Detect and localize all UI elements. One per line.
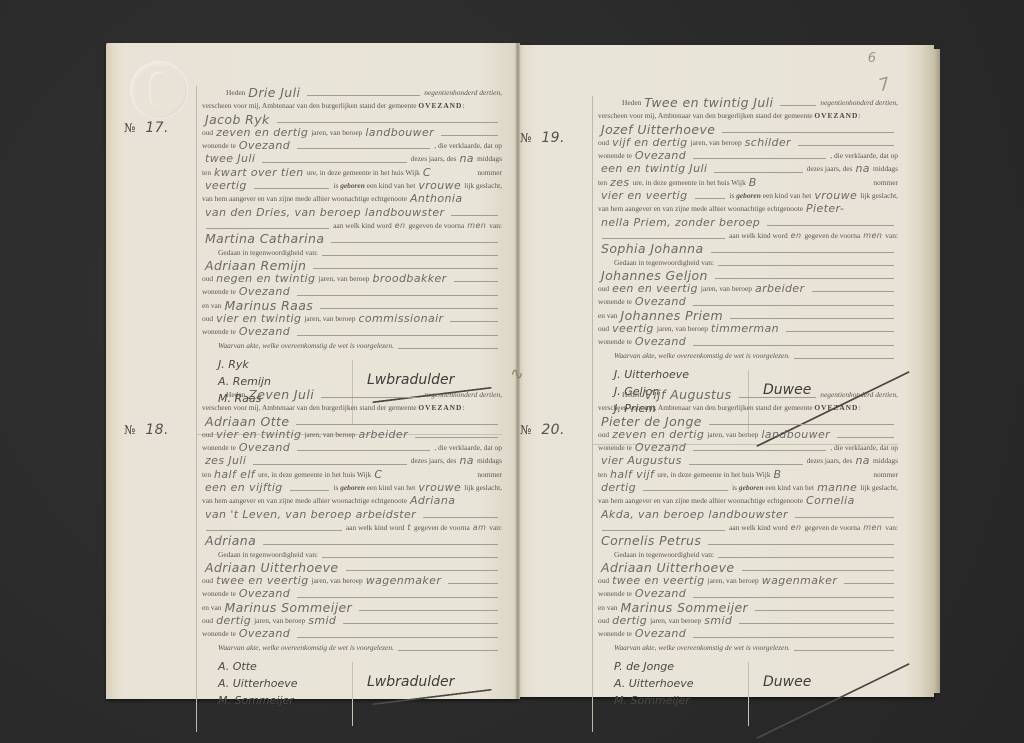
child-sex: manne [814, 481, 860, 494]
birth-hour: zes [607, 176, 632, 189]
declarant-age: zeven en dertig [609, 428, 707, 441]
mother-name-1: Anthonia [407, 192, 465, 205]
record-date: Zeven Juli [245, 388, 317, 401]
record-date: Drie Juli [245, 86, 303, 99]
witness1-age: negen en twintig [213, 272, 318, 285]
child-names: Sophia Johanna [598, 242, 707, 255]
witness1-residence: Ovezand [632, 587, 689, 600]
wijk: B [746, 176, 760, 189]
date-line: Heden Twee en twintig Juli negentienhond… [598, 96, 898, 109]
witness-signatures: P. de Jonge A. Uitterhoeve M. Sommeijer [614, 658, 694, 709]
witness2-age: veertig [609, 322, 657, 335]
mother-name-2: nella Priem, zonder beroep [598, 216, 763, 229]
declarant-profession: landbouwer [758, 428, 833, 441]
witness2-profession: smid [305, 614, 339, 627]
margin-rule [196, 388, 197, 732]
birth-date: een en twintig Juli [598, 162, 710, 175]
municipality: OVEZAND [418, 99, 462, 112]
mother-name-1: Adriana [407, 494, 458, 507]
witness1-profession: wagenmaker [363, 574, 445, 587]
municipality: OVEZAND [814, 401, 858, 414]
child-sex: vrouwe [811, 189, 860, 202]
folio-sub-number: 7 [877, 74, 893, 96]
child-names: Martina Catharina [202, 232, 327, 245]
witness2-name: Marinus Raas [222, 299, 317, 312]
embossed-seal-icon [130, 61, 188, 119]
child-names: Cornelis Petrus [598, 534, 704, 547]
witness2-age: dertig [213, 614, 254, 627]
declarant-name: Pieter de Jonge [598, 415, 705, 428]
witness2-profession: smid [701, 614, 735, 627]
signatures: P. de Jonge A. Uitterhoeve M. Sommeijer … [598, 656, 898, 732]
wijk: C [420, 166, 434, 179]
house-number: een en vijftig [202, 481, 286, 494]
declarant-profession: schilder [742, 136, 794, 149]
time-of-day: na [456, 454, 477, 467]
record-date: Vijf Augustus [641, 388, 734, 401]
declarant-residence: Ovezand [632, 149, 689, 162]
witness1-residence: Ovezand [236, 587, 293, 600]
witness1-profession: arbeider [752, 282, 808, 295]
witness1-name: Adriaan Uitterhoeve [202, 561, 342, 574]
wijk: C [371, 468, 385, 481]
witness1-name: Adriaan Uitterhoeve [598, 561, 738, 574]
margin-rule [592, 388, 593, 732]
declarant-age: vijf en dertig [609, 136, 690, 149]
declarant-name: Adriaan Otte [202, 415, 292, 428]
birth-record-entry: №20. Heden Vijf Augustus negentienhonder… [598, 388, 898, 732]
witness2-residence: Ovezand [632, 335, 689, 348]
time-of-day: na [852, 454, 873, 467]
witness2-residence: Ovezand [236, 627, 293, 640]
birth-date: zes Juli [202, 454, 249, 467]
birth-date: twee Juli [202, 152, 258, 165]
municipality: OVEZAND [814, 109, 858, 122]
declarant-residence: Ovezand [236, 441, 293, 454]
time-of-day: na [456, 152, 477, 165]
birth-hour: kwart over tien [211, 166, 307, 179]
declarant-profession: landbouwer [362, 126, 437, 139]
official-signature: Lwbradulder [367, 372, 454, 388]
witness2-profession: commissionair [355, 312, 446, 325]
birth-date: vier Augustus [598, 454, 685, 467]
declarant-age: zeven en dertig [213, 126, 311, 139]
declarant-profession: arbeider [355, 428, 411, 441]
house-number: vier en veertig [598, 189, 691, 202]
wijk: B [771, 468, 785, 481]
declarant-name: Jozef Uitterhoeve [598, 123, 718, 136]
official-signature: Duwee [763, 674, 811, 690]
house-number: dertig [598, 481, 639, 494]
record-number: №20. [520, 422, 568, 438]
record-number: №19. [520, 130, 568, 146]
witness2-residence: Ovezand [632, 627, 689, 640]
witness2-name: Marinus Sommeijer [222, 601, 356, 614]
witness1-residence: Ovezand [236, 285, 293, 298]
record-number: №17. [124, 120, 172, 136]
mother-name-2: van 't Leven, van beroep arbeidster [202, 508, 419, 521]
witness1-profession: broodbakker [369, 272, 449, 285]
declarant-residence: Ovezand [632, 441, 689, 454]
mother-name-1: Cornelia [803, 494, 858, 507]
signature-flourish [372, 689, 491, 706]
mother-name-1: Pieter- [803, 202, 847, 215]
folio-number: 6 [868, 51, 876, 66]
child-sex: vrouwe [415, 481, 464, 494]
child-names: Adriana [202, 534, 259, 547]
record-number: №18. [124, 422, 172, 438]
declarant-age: vier en twintig [213, 428, 304, 441]
binding-thread-icon: ∿ [510, 365, 524, 385]
birth-record-entry: №18. Heden Zeven Juli negentienhonderd d… [202, 388, 502, 732]
mother-name-2: van den Dries, van beroep landbouwster [202, 206, 447, 219]
signatures: A. Otte A. Uitterhoeve M. Sommeijer Lwbr… [202, 656, 502, 732]
official-signature: Lwbradulder [367, 674, 454, 690]
witness2-age: vier en twintig [213, 312, 304, 325]
birth-hour: half elf [211, 468, 258, 481]
witness2-profession: timmerman [708, 322, 782, 335]
mother-name-2: Akda, van beroep landbouwster [598, 508, 791, 521]
witness-signatures: A. Otte A. Uitterhoeve M. Sommeijer [218, 658, 298, 709]
witness2-name: Marinus Sommeijer [618, 601, 752, 614]
house-number: veertig [202, 179, 250, 192]
date-line: Heden Drie Juli negentienhonderd dertien… [202, 86, 502, 99]
witness1-name: Adriaan Remijn [202, 259, 309, 272]
time-of-day: na [852, 162, 873, 175]
declarant-residence: Ovezand [236, 139, 293, 152]
witness1-profession: wagenmaker [759, 574, 841, 587]
witness1-residence: Ovezand [632, 295, 689, 308]
witness1-age: twee en veertig [213, 574, 312, 587]
witness1-age: twee en veertig [609, 574, 708, 587]
record-date: Twee en twintig Juli [641, 96, 776, 109]
municipality: OVEZAND [418, 401, 462, 414]
child-sex: vrouwe [415, 179, 464, 192]
date-line: Heden Zeven Juli negentienhonderd dertie… [202, 388, 502, 401]
witness2-name: Johannes Priem [618, 309, 727, 322]
birth-hour: half vijf [607, 468, 657, 481]
declarant-name: Jacob Ryk [202, 113, 273, 126]
witness1-age: een en veertig [609, 282, 701, 295]
witness1-name: Johannes Geljon [598, 269, 711, 282]
date-line: Heden Vijf Augustus negentienhonderd der… [598, 388, 898, 401]
witness2-age: dertig [609, 614, 650, 627]
witness2-residence: Ovezand [236, 325, 293, 338]
